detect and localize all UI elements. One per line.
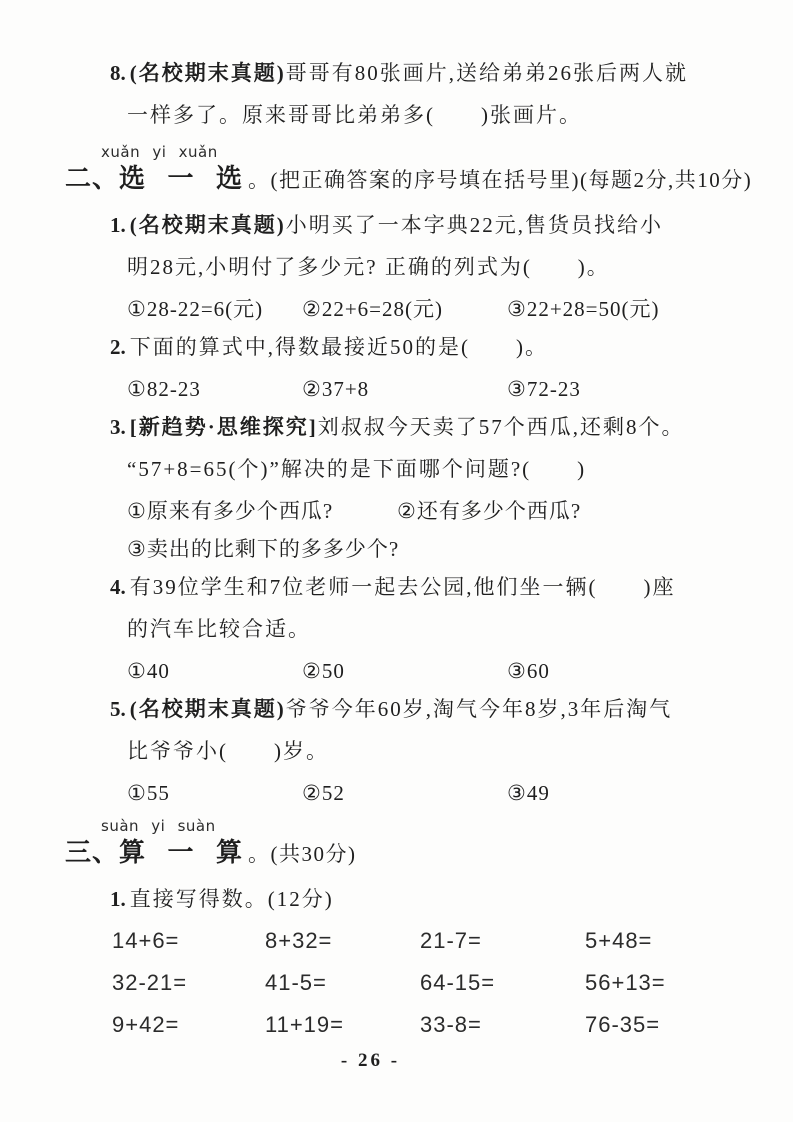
option-1: ①55 bbox=[127, 778, 302, 808]
option-3: ③卖出的比剩下的多多少个? bbox=[127, 534, 399, 564]
question-1-options: ①28-22=6(元) ②22+6=28(元) ③22+28=50(元) bbox=[127, 294, 757, 324]
page-number: - 26 - bbox=[0, 1050, 767, 1072]
calc-problem: 32-21= bbox=[112, 968, 265, 998]
question-number: 2. bbox=[110, 335, 126, 359]
section-note: 。(把正确答案的序号填在括号里)(每题2分,共10分) bbox=[248, 168, 752, 192]
question-1-line-2: 明28元,小明付了多少元? 正确的列式为( )。 bbox=[127, 252, 757, 282]
question-5: 5.(名校期末真题)爷爷今年60岁,淘气今年8岁,3年后淘气 比爷爷小( )岁。… bbox=[65, 694, 757, 808]
question-tag: (名校期末真题) bbox=[130, 697, 286, 721]
question-4-line-2: 的汽车比较合适。 bbox=[127, 614, 757, 644]
question-number: 4. bbox=[110, 575, 126, 599]
option-1: ①28-22=6(元) bbox=[127, 294, 302, 324]
question-tag: (名校期末真题) bbox=[130, 213, 286, 237]
calc-problem: 33-8= bbox=[420, 1010, 585, 1040]
question-1: 1.(名校期末真题)小明买了一本字典22元,售货员找给小 明28元,小明付了多少… bbox=[65, 210, 757, 324]
calc-problem: 64-15= bbox=[420, 968, 585, 998]
question-text: 小明买了一本字典22元,售货员找给小 bbox=[286, 213, 663, 237]
question-number: 1. bbox=[110, 213, 126, 237]
pinyin-annotation: xuǎn yi xuǎn bbox=[101, 142, 757, 162]
option-3: ③72-23 bbox=[507, 374, 581, 404]
calc-problems-grid: 14+6= 8+32= 21-7= 5+48= 32-21= 41-5= 64-… bbox=[112, 926, 757, 1040]
question-2-options: ①82-23 ②37+8 ③72-23 bbox=[127, 374, 757, 404]
question-5-options: ①55 ②52 ③49 bbox=[127, 778, 757, 808]
option-1: ①40 bbox=[127, 656, 302, 686]
pinyin-annotation: suàn yi suàn bbox=[101, 816, 757, 836]
section-note: 。(共30分) bbox=[248, 842, 357, 866]
calc-problem: 21-7= bbox=[420, 926, 585, 956]
calc-problem: 76-35= bbox=[585, 1010, 757, 1040]
question-text: 下面的算式中,得数最接近50的是( )。 bbox=[130, 335, 548, 359]
option-2: ②52 bbox=[302, 778, 507, 808]
calc-problem: 5+48= bbox=[585, 926, 757, 956]
worksheet-page: 8.(名校期末真题)哥哥有80张画片,送给弟弟26张后两人就 一样多了。原来哥哥… bbox=[0, 0, 793, 1122]
question-text: 直接写得数。(12分) bbox=[130, 887, 334, 911]
question-3-options-row-1: ①原来有多少个西瓜? ②还有多少个西瓜? bbox=[127, 496, 757, 526]
section-title: 二、选 一 选 bbox=[65, 164, 243, 193]
section-calc-heading: suàn yi suàn 三、算 一 算。(共30分) bbox=[65, 816, 757, 874]
question-8-line-2: 一样多了。原来哥哥比弟弟多( )张画片。 bbox=[127, 100, 757, 130]
question-5-line-2: 比爷爷小( )岁。 bbox=[127, 736, 757, 766]
question-text: 刘叔叔今天卖了57个西瓜,还剩8个。 bbox=[318, 415, 685, 439]
question-number: 5. bbox=[110, 697, 126, 721]
section-choose-heading: xuǎn yi xuǎn 二、选 一 选。(把正确答案的序号填在括号里)(每题2… bbox=[65, 142, 757, 200]
question-text: 爷爷今年60岁,淘气今年8岁,3年后淘气 bbox=[286, 697, 673, 721]
question-3-line-1: 3.[新趋势·思维探究]刘叔叔今天卖了57个西瓜,还剩8个。 bbox=[110, 412, 757, 442]
question-tag: (名校期末真题) bbox=[130, 61, 286, 85]
calc-problem: 14+6= bbox=[112, 926, 265, 956]
question-3-line-2: “57+8=65(个)”解决的是下面哪个问题?( ) bbox=[127, 454, 757, 484]
calc-subquestion-title: 1.直接写得数。(12分) bbox=[110, 884, 757, 914]
option-1: ①82-23 bbox=[127, 374, 302, 404]
option-2: ②50 bbox=[302, 656, 507, 686]
option-1: ①原来有多少个西瓜? bbox=[127, 496, 397, 526]
option-2: ②22+6=28(元) bbox=[302, 294, 507, 324]
section-title-line: 三、算 一 算。(共30分) bbox=[65, 836, 757, 874]
question-5-line-1: 5.(名校期末真题)爷爷今年60岁,淘气今年8岁,3年后淘气 bbox=[110, 694, 757, 724]
question-3-options-row-2: ③卖出的比剩下的多多少个? bbox=[127, 534, 757, 564]
calc-problem: 8+32= bbox=[265, 926, 420, 956]
section-title: 三、算 一 算 bbox=[65, 838, 243, 867]
question-number: 8. bbox=[110, 61, 126, 85]
option-2: ②还有多少个西瓜? bbox=[397, 496, 581, 526]
question-4-options: ①40 ②50 ③60 bbox=[127, 656, 757, 686]
calc-problem: 56+13= bbox=[585, 968, 757, 998]
question-1-line-1: 1.(名校期末真题)小明买了一本字典22元,售货员找给小 bbox=[110, 210, 757, 240]
question-3: 3.[新趋势·思维探究]刘叔叔今天卖了57个西瓜,还剩8个。 “57+8=65(… bbox=[65, 412, 757, 564]
section-title-line: 二、选 一 选。(把正确答案的序号填在括号里)(每题2分,共10分) bbox=[65, 162, 757, 200]
question-text: 有39位学生和7位老师一起去公园,他们坐一辆( )座 bbox=[130, 575, 676, 599]
option-3: ③60 bbox=[507, 656, 550, 686]
question-2: 2.下面的算式中,得数最接近50的是( )。 ①82-23 ②37+8 ③72-… bbox=[65, 332, 757, 404]
question-8: 8.(名校期末真题)哥哥有80张画片,送给弟弟26张后两人就 一样多了。原来哥哥… bbox=[65, 58, 757, 130]
question-2-line-1: 2.下面的算式中,得数最接近50的是( )。 bbox=[110, 332, 757, 362]
question-4-line-1: 4.有39位学生和7位老师一起去公园,他们坐一辆( )座 bbox=[110, 572, 757, 602]
question-text: 哥哥有80张画片,送给弟弟26张后两人就 bbox=[286, 61, 688, 85]
question-4: 4.有39位学生和7位老师一起去公园,他们坐一辆( )座 的汽车比较合适。 ①4… bbox=[65, 572, 757, 686]
calc-problem: 41-5= bbox=[265, 968, 420, 998]
question-8-line-1: 8.(名校期末真题)哥哥有80张画片,送给弟弟26张后两人就 bbox=[110, 58, 757, 88]
question-number: 3. bbox=[110, 415, 126, 439]
option-2: ②37+8 bbox=[302, 374, 507, 404]
option-3: ③22+28=50(元) bbox=[507, 294, 660, 324]
option-3: ③49 bbox=[507, 778, 550, 808]
calc-problem: 11+19= bbox=[265, 1010, 420, 1040]
question-number: 1. bbox=[110, 887, 126, 911]
question-tag: [新趋势·思维探究] bbox=[130, 415, 318, 439]
calc-problem: 9+42= bbox=[112, 1010, 265, 1040]
